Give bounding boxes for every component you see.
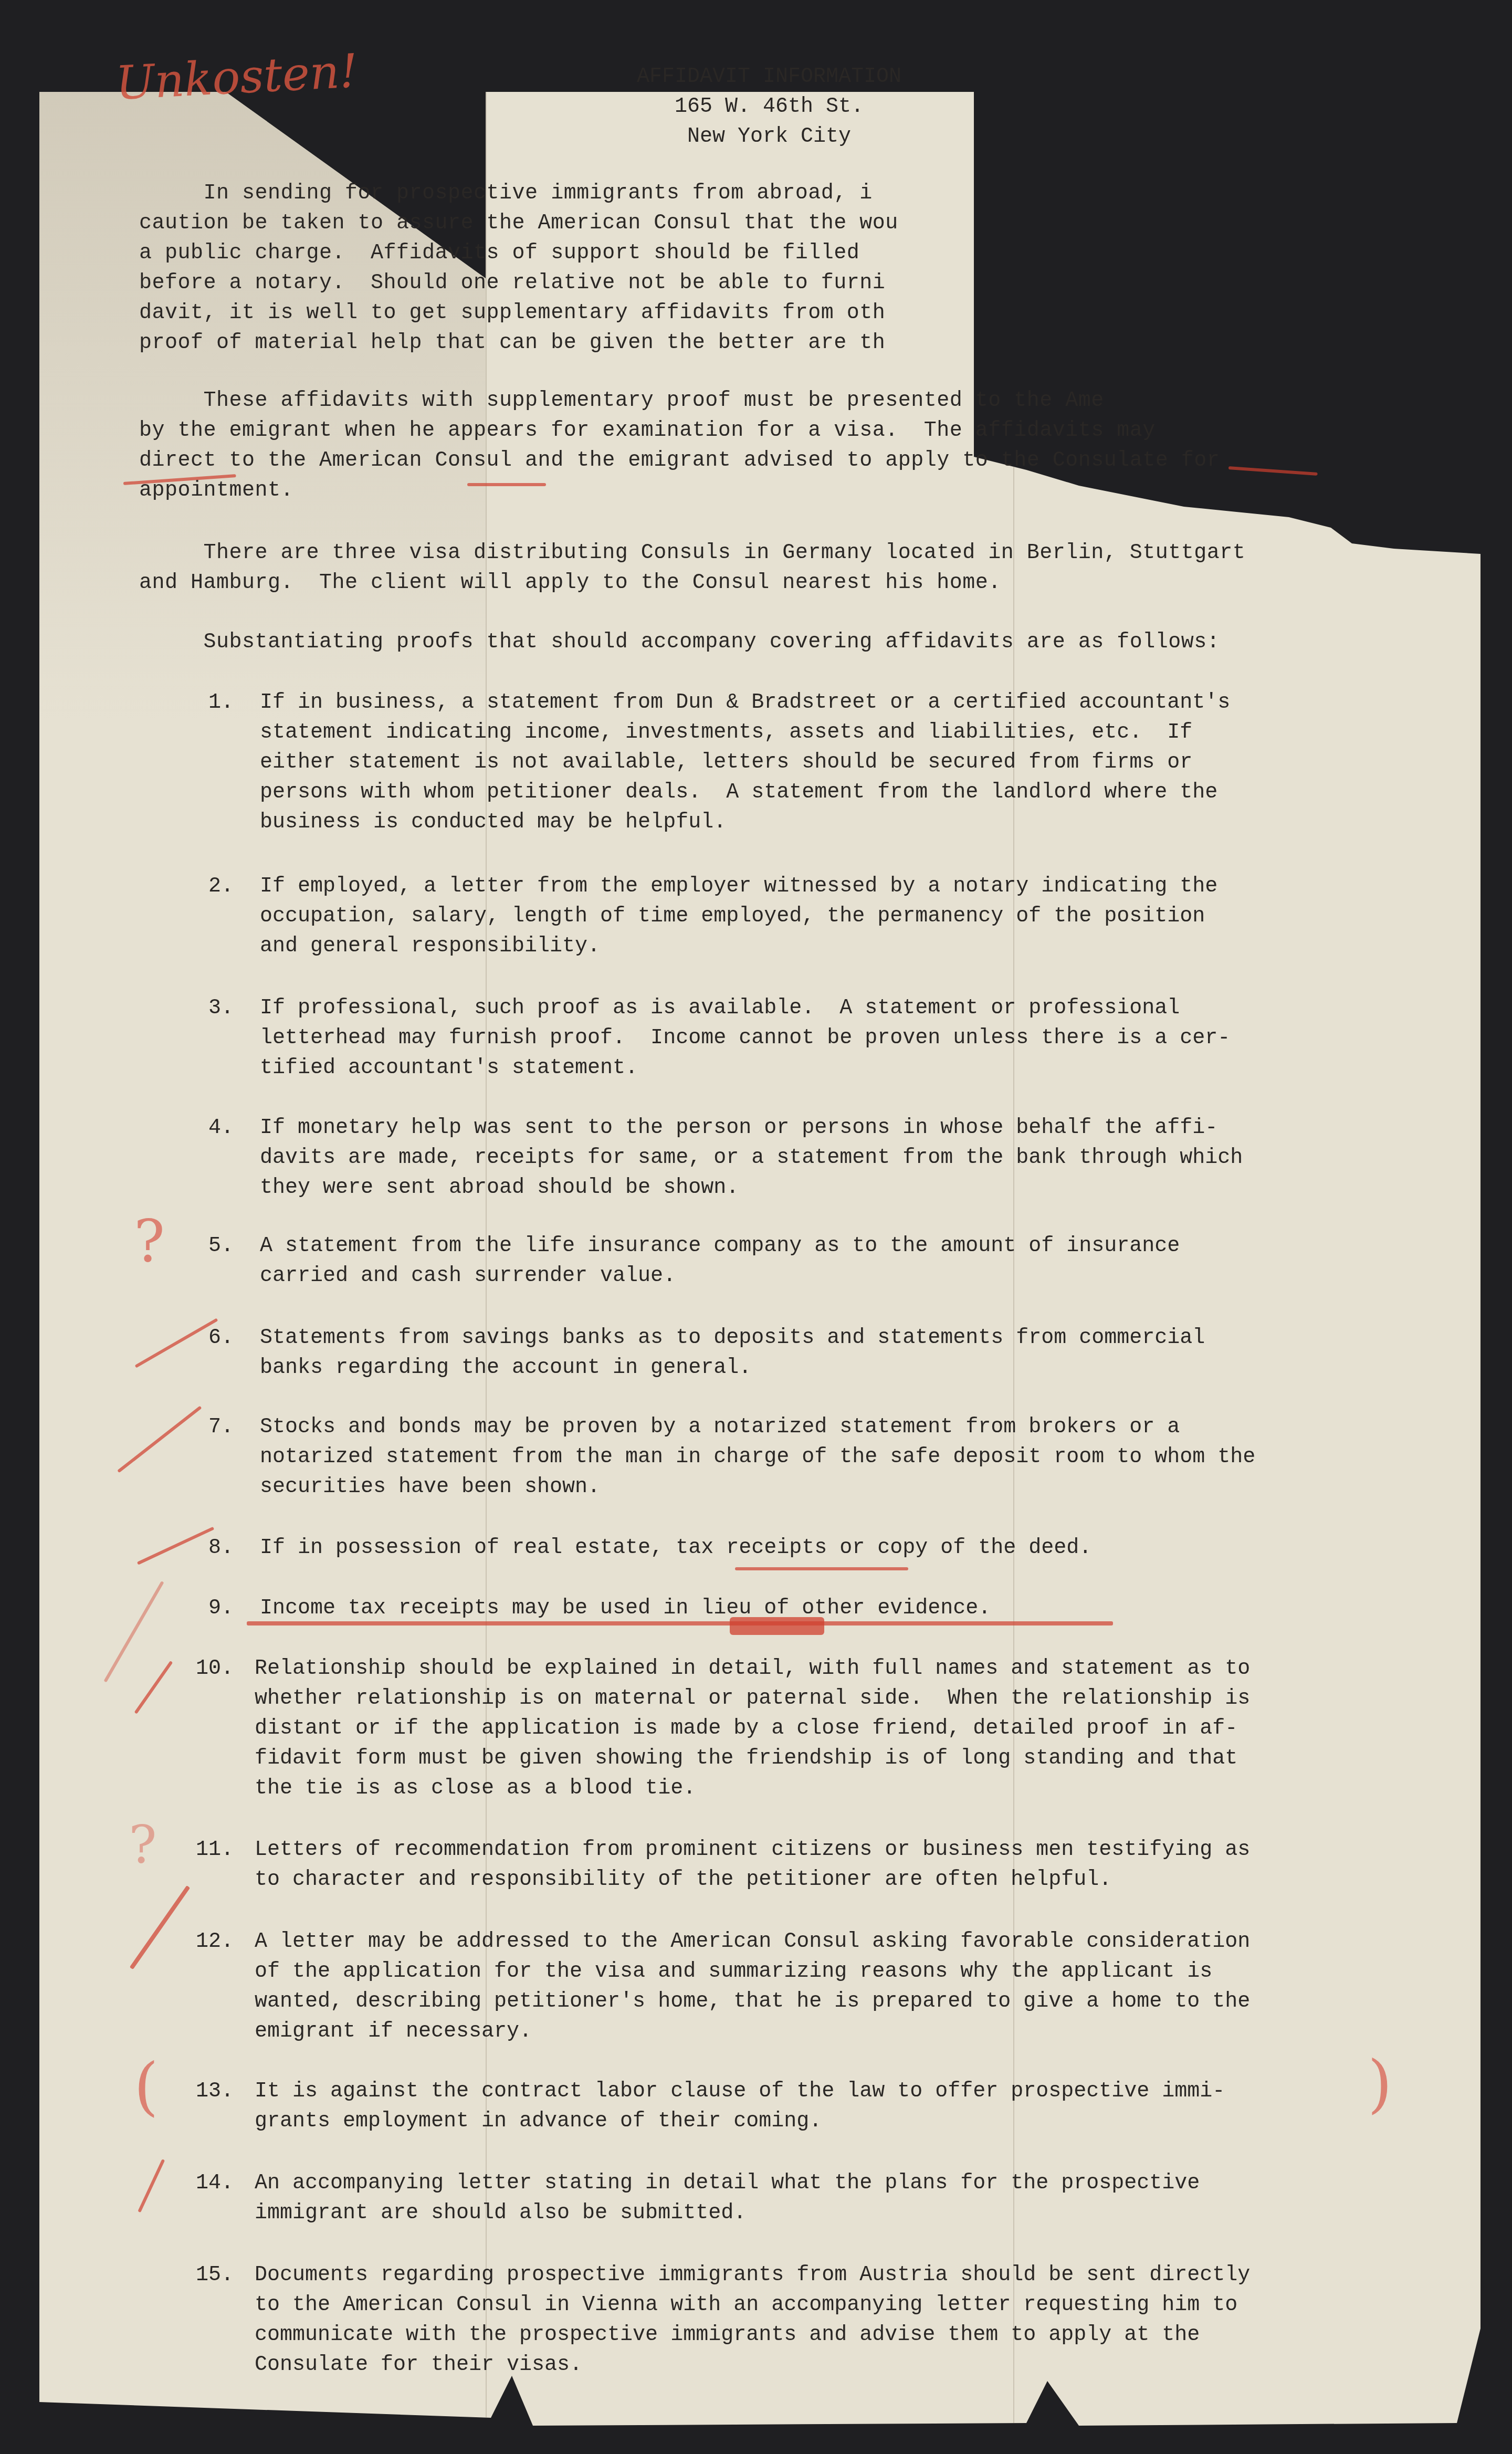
- text-line: If monetary help was sent to the person …: [260, 1113, 1243, 1143]
- text-line: caution be taken to assure the American …: [139, 208, 898, 238]
- list-item-9: Income tax receipts may be used in lieu …: [260, 1593, 991, 1623]
- text-line: to the American Consul in Vienna with an…: [255, 2290, 1250, 2320]
- text-line: statement indicating income, investments…: [260, 718, 1230, 748]
- text-line: they were sent abroad should be shown.: [260, 1173, 1243, 1203]
- text-line: davit, it is well to get supplementary a…: [139, 298, 898, 328]
- list-item-11: Letters of recommendation from prominent…: [255, 1835, 1250, 1895]
- text-line: banks regarding the account in general.: [260, 1353, 1205, 1383]
- item-number: 13.: [173, 2077, 234, 2106]
- text-line: Letters of recommendation from prominent…: [255, 1835, 1250, 1865]
- text-line: communicate with the prospective immigra…: [255, 2320, 1250, 2350]
- paragraph-affidavits-presented: These affidavits with supplementary proo…: [139, 386, 1220, 506]
- text-line: If in possession of real estate, tax rec…: [260, 1533, 1091, 1563]
- text-line: either statement is not available, lette…: [260, 748, 1230, 778]
- red-paren-left: (: [134, 2050, 159, 2123]
- list-item-3: If professional, such proof as is availa…: [260, 993, 1230, 1083]
- text-line: letterhead may furnish proof. Income can…: [260, 1023, 1230, 1053]
- list-item-14: An accompanying letter stating in detail…: [255, 2168, 1200, 2228]
- list-item-7: Stocks and bonds may be proven by a nota…: [260, 1412, 1255, 1502]
- text-line: Consulate for their visas.: [255, 2350, 1250, 2380]
- red-scribble-item9: [730, 1617, 824, 1635]
- text-line: direct to the American Consul and the em…: [139, 446, 1220, 476]
- paragraph-consuls-germany: There are three visa distributing Consul…: [139, 538, 1245, 598]
- text-line: persons with whom petitioner deals. A st…: [260, 778, 1230, 807]
- text-line: tified accountant's statement.: [260, 1053, 1230, 1083]
- list-item-15: Documents regarding prospective immigran…: [255, 2260, 1250, 2380]
- list-item-8: If in possession of real estate, tax rec…: [260, 1533, 1091, 1563]
- text-line: In sending for prospective immigrants fr…: [139, 179, 898, 208]
- header-address-street: 165 W. 46th St.: [585, 92, 953, 122]
- text-line: A statement from the life insurance comp…: [260, 1231, 1180, 1261]
- question-mark-annotation: ?: [134, 1208, 165, 1275]
- item-number: 7.: [173, 1412, 234, 1442]
- text-line: davits are made, receipts for same, or a…: [260, 1143, 1243, 1173]
- text-line: Statements from savings banks as to depo…: [260, 1323, 1205, 1353]
- item-number: 9.: [173, 1593, 234, 1623]
- text-line: wanted, describing petitioner's home, th…: [255, 1987, 1250, 2017]
- text-line: by the emigrant when he appears for exam…: [139, 416, 1220, 446]
- item-number: 5.: [173, 1231, 234, 1261]
- text-line: to character and responsibility of the p…: [255, 1865, 1250, 1895]
- text-line: and Hamburg. The client will apply to th…: [139, 568, 1245, 598]
- text-line: proof of material help that can be given…: [139, 328, 898, 358]
- list-item-2: If employed, a letter from the employer …: [260, 872, 1217, 961]
- text-line: business is conducted may be helpful.: [260, 807, 1230, 837]
- text-line: emigrant if necessary.: [255, 2017, 1250, 2047]
- item-number: 2.: [173, 872, 234, 901]
- item-number: 10.: [173, 1654, 234, 1684]
- red-paren-right: ): [1368, 2048, 1392, 2121]
- text-line: If in business, a statement from Dun & B…: [260, 688, 1230, 718]
- text-line: a public charge. Affidavits of support s…: [139, 238, 898, 268]
- text-line: If professional, such proof as is availa…: [260, 993, 1230, 1023]
- text-line: the tie is as close as a blood tie.: [255, 1774, 1250, 1803]
- question-mark-annotation: ?: [129, 1814, 157, 1875]
- item-number: 12.: [173, 1927, 234, 1957]
- paragraph-substantiating-proofs: Substantiating proofs that should accomp…: [139, 627, 1220, 657]
- text-line: fidavit form must be given showing the f…: [255, 1744, 1250, 1774]
- red-underline-tax-receipts: [735, 1567, 908, 1570]
- text-line: before a notary. Should one relative not…: [139, 268, 898, 298]
- text-line: Documents regarding prospective immigran…: [255, 2260, 1250, 2290]
- item-number: 15.: [173, 2260, 234, 2290]
- list-item-4: If monetary help was sent to the person …: [260, 1113, 1243, 1203]
- list-item-1: If in business, a statement from Dun & B…: [260, 688, 1230, 837]
- text-line: immigrant are should also be submitted.: [255, 2198, 1200, 2228]
- text-line: Relationship should be explained in deta…: [255, 1654, 1250, 1684]
- paragraph-intro: In sending for prospective immigrants fr…: [139, 179, 898, 358]
- text-line: An accompanying letter stating in detail…: [255, 2168, 1200, 2198]
- item-number: 1.: [173, 688, 234, 718]
- list-item-10: Relationship should be explained in deta…: [255, 1654, 1250, 1803]
- red-underline-item9: [247, 1621, 1113, 1625]
- text-line: These affidavits with supplementary proo…: [139, 386, 1220, 416]
- list-item-5: A statement from the life insurance comp…: [260, 1231, 1180, 1291]
- item-number: 11.: [173, 1835, 234, 1865]
- item-number: 8.: [173, 1533, 234, 1563]
- text-line: carried and cash surrender value.: [260, 1261, 1180, 1291]
- text-line: whether relationship is on maternal or p…: [255, 1684, 1250, 1714]
- red-mark: [467, 483, 546, 486]
- text-line: occupation, salary, length of time emplo…: [260, 901, 1217, 931]
- text-line: grants employment in advance of their co…: [255, 2106, 1225, 2136]
- handwritten-note: Unkosten!: [114, 44, 360, 110]
- header-address-city: New York City: [585, 122, 953, 152]
- text-line: There are three visa distributing Consul…: [139, 538, 1245, 568]
- text-line: Substantiating proofs that should accomp…: [139, 627, 1220, 657]
- document-header: AFFIDAVIT INFORMATION165 W. 46th St.New …: [585, 62, 953, 152]
- list-item-13: It is against the contract labor clause …: [255, 2077, 1225, 2136]
- list-item-12: A letter may be addressed to the America…: [255, 1927, 1250, 2047]
- text-line: It is against the contract labor clause …: [255, 2077, 1225, 2106]
- item-number: 4.: [173, 1113, 234, 1143]
- text-line: A letter may be addressed to the America…: [255, 1927, 1250, 1957]
- text-line: Income tax receipts may be used in lieu …: [260, 1593, 991, 1623]
- text-line: securities have been shown.: [260, 1472, 1255, 1502]
- header-title: AFFIDAVIT INFORMATION: [585, 62, 953, 92]
- text-line: If employed, a letter from the employer …: [260, 872, 1217, 901]
- text-line: and general responsibility.: [260, 931, 1217, 961]
- item-number: 14.: [173, 2168, 234, 2198]
- text-line: appointment.: [139, 476, 1220, 506]
- text-line: notarized statement from the man in char…: [260, 1442, 1255, 1472]
- text-line: of the application for the visa and summ…: [255, 1957, 1250, 1987]
- list-item-6: Statements from savings banks as to depo…: [260, 1323, 1205, 1383]
- red-underline-may: [1228, 466, 1318, 476]
- item-number: 3.: [173, 993, 234, 1023]
- text-line: Stocks and bonds may be proven by a nota…: [260, 1412, 1255, 1442]
- text-line: distant or if the application is made by…: [255, 1714, 1250, 1744]
